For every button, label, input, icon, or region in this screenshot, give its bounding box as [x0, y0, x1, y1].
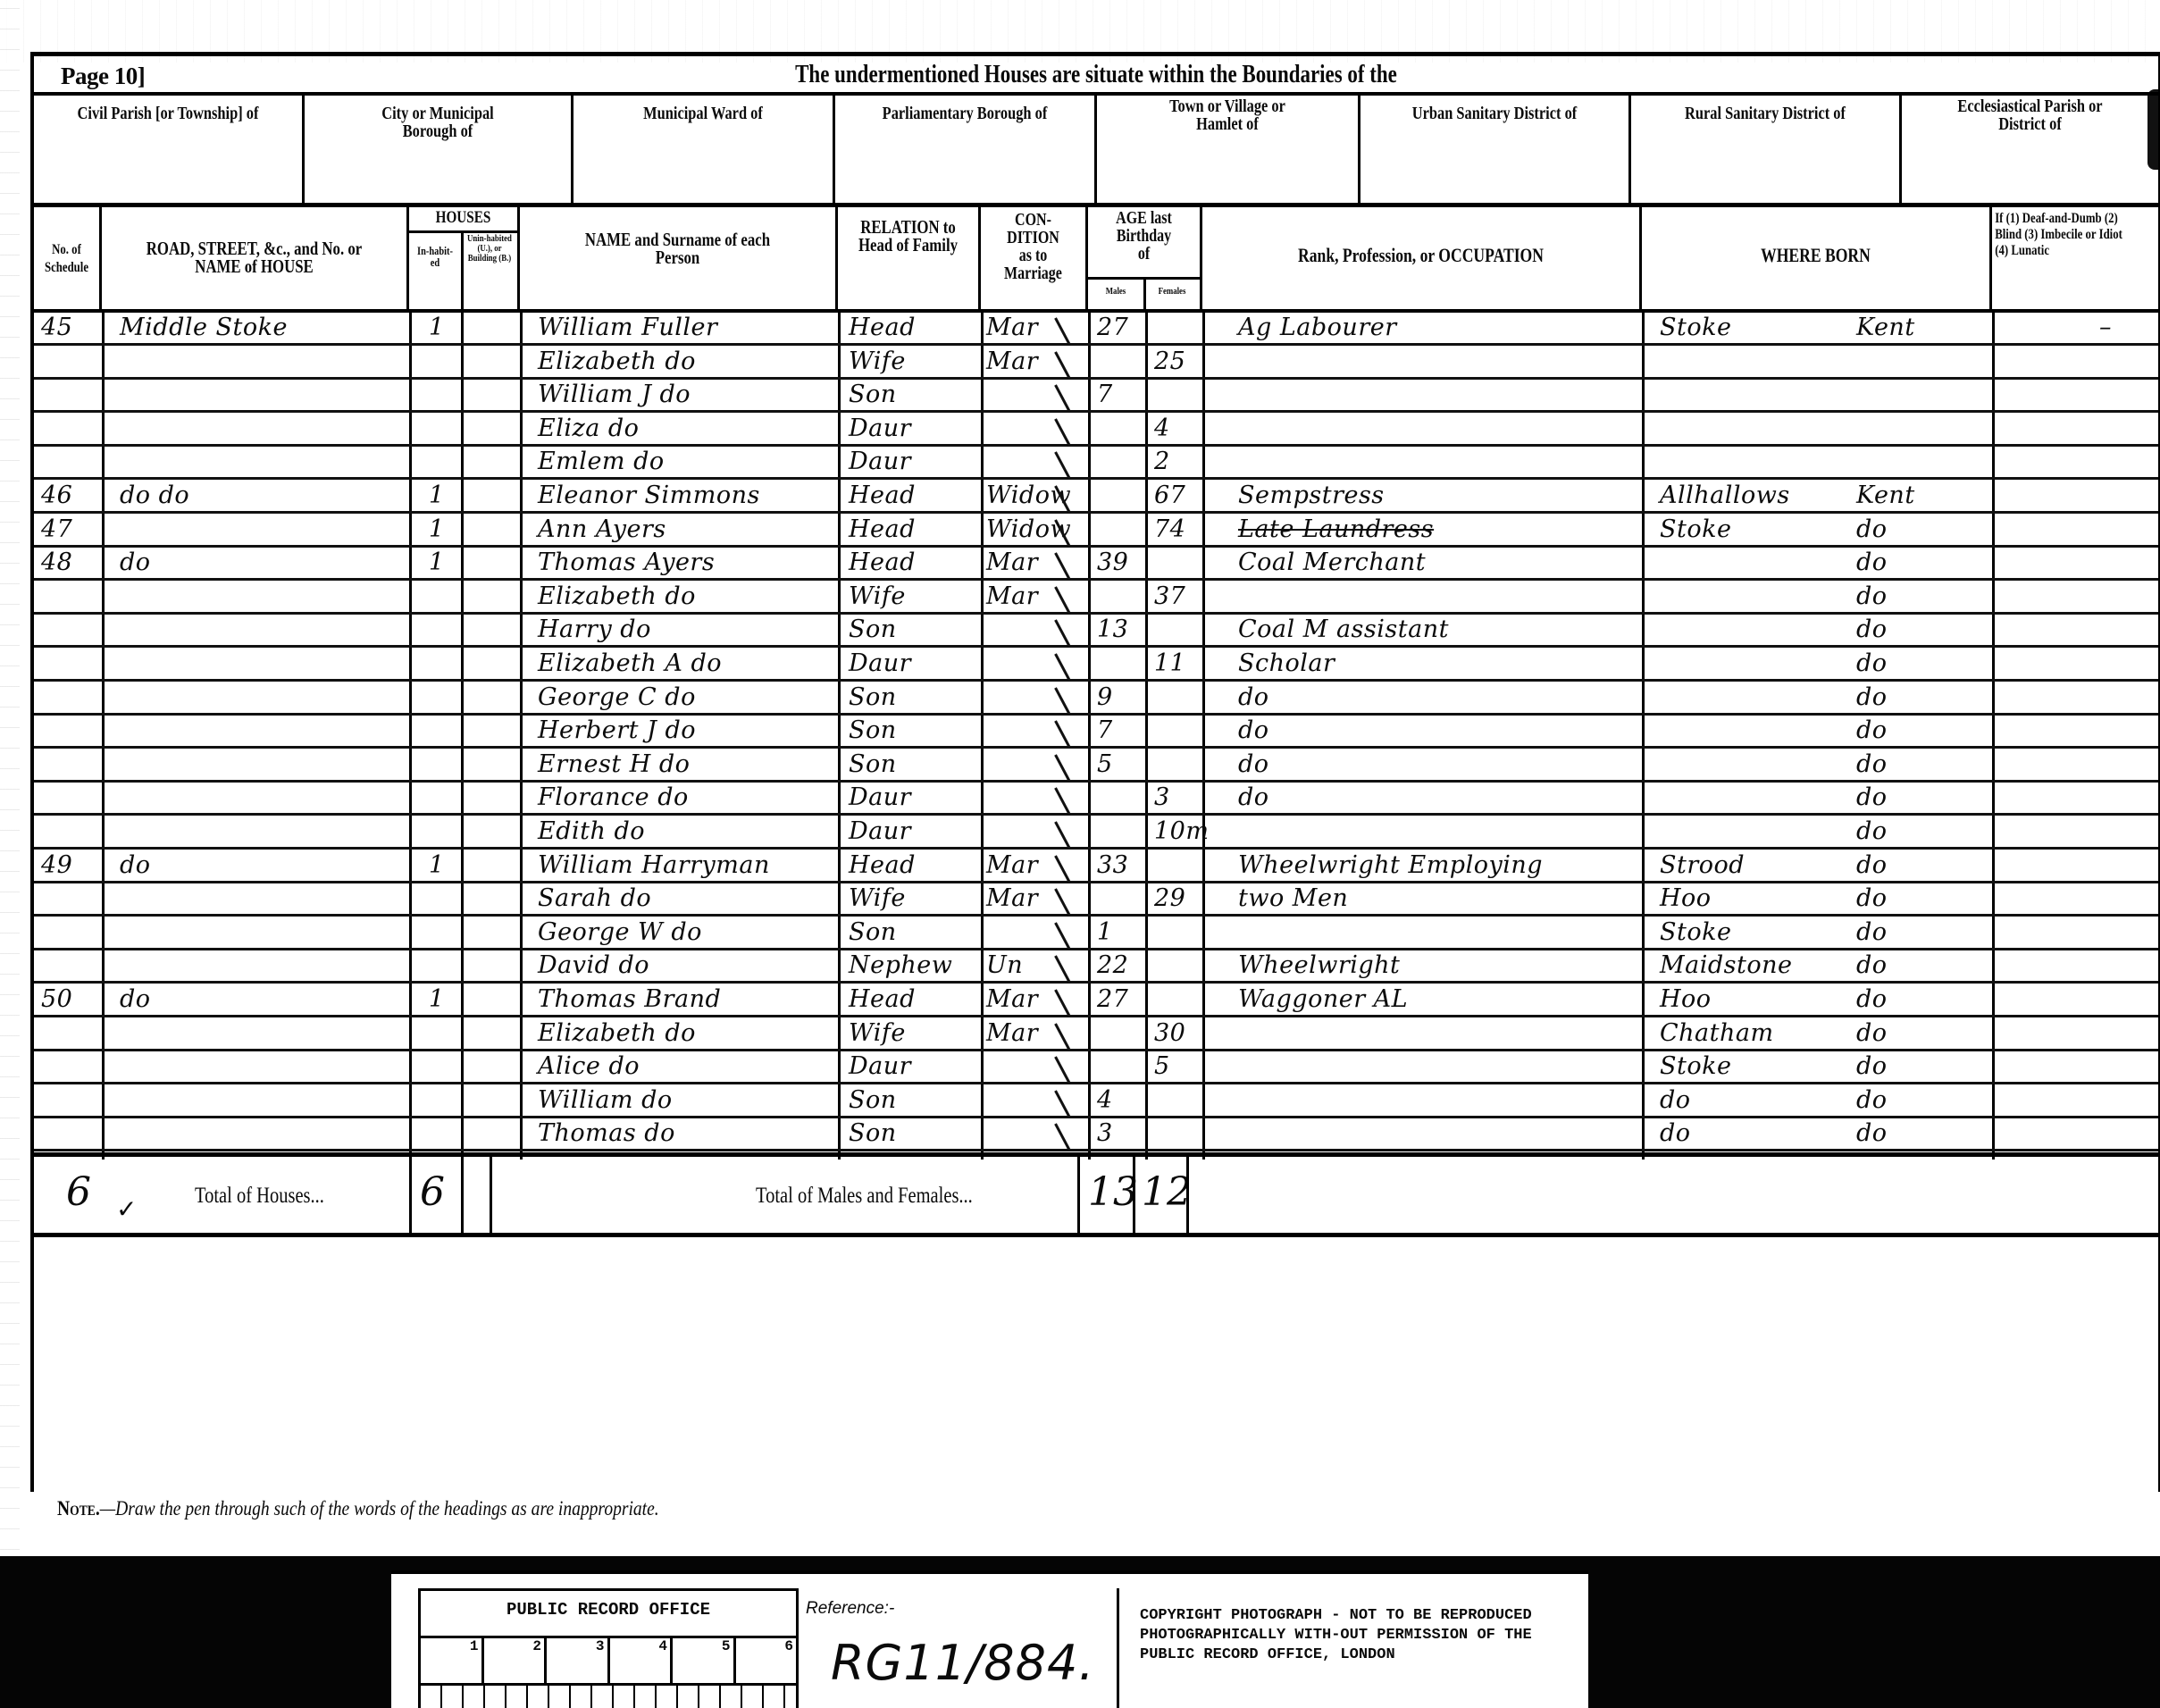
page-number: Page 10]	[61, 63, 145, 90]
table-row: 49do1William HarrymanHeadMar33Wheelwrigh…	[34, 850, 2158, 883]
total-houses-inhabited: 6	[420, 1169, 445, 1215]
scale-label: 2	[484, 1638, 548, 1683]
occupation: Late Laundress	[1238, 516, 1434, 543]
person-name: Ernest H do	[538, 751, 690, 778]
road-name: do do	[120, 482, 189, 509]
birth-county: do	[1856, 549, 1888, 576]
relation: Head	[849, 986, 916, 1013]
census-form: Page 10] The undermentioned Houses are s…	[30, 52, 2160, 1492]
table-row: Florance doDaur3dodo	[34, 783, 2158, 816]
person-name: William J do	[538, 381, 691, 408]
header-road: ROAD, STREET, &c., and No. or NAME of HO…	[102, 205, 409, 309]
birth-county: do	[1856, 986, 1888, 1013]
boundary-municipal-ward: Municipal Ward of	[573, 96, 835, 203]
birth-place: do	[1660, 1087, 1691, 1114]
birth-county: do	[1856, 952, 1888, 979]
table-row: 48do1Thomas AyersHeadMar39Coal Merchantd…	[34, 548, 2158, 581]
female-age: 2	[1154, 448, 1170, 475]
table-row: George C doSon9dodo	[34, 682, 2158, 716]
boundary-urban-sanitary: Urban Sanitary District of	[1360, 96, 1631, 203]
table-row: Edith doDaur10mdo	[34, 816, 2158, 850]
birth-county: do	[1856, 717, 1888, 744]
table-row: Elizabeth A doDaur11Scholardo	[34, 649, 2158, 682]
scale-label: 3	[547, 1638, 610, 1683]
male-age: 39	[1097, 549, 1128, 576]
schedule-number: 47	[41, 516, 72, 543]
boundary-rural-sanitary: Rural Sanitary District of	[1631, 96, 1902, 203]
header-infirmity: If (1) Deaf-and-Dumb (2) Blind (3) Imbec…	[1992, 205, 2158, 309]
scale-ruler: 123456	[421, 1636, 796, 1686]
relation: Head	[849, 314, 916, 341]
scale-label: 4	[610, 1638, 674, 1683]
header-age: AGE last Birthday of Males Females	[1088, 205, 1202, 309]
occupation: Ag Labourer	[1238, 314, 1397, 341]
relation: Head	[849, 516, 916, 543]
header-houses: HOUSES In-habit-ed Unin-habited (U.), or…	[409, 205, 520, 309]
condition: Mar	[986, 583, 1038, 610]
male-age: 5	[1097, 751, 1113, 778]
person-name: Thomas Ayers	[538, 549, 715, 576]
relation: Wife	[849, 583, 906, 610]
male-age: 3	[1097, 1120, 1113, 1147]
female-age: 3	[1154, 784, 1170, 811]
birth-county: do	[1856, 818, 1888, 845]
occupation: Wheelwright	[1238, 952, 1400, 979]
total-males: 13	[1088, 1169, 1138, 1215]
schedule-number: 49	[41, 852, 72, 879]
table-row: Sarah doWifeMar29two MenHoodo	[34, 883, 2158, 917]
birth-place: Hoo	[1660, 986, 1712, 1013]
occupation: two Men	[1238, 885, 1348, 912]
female-age: 67	[1154, 482, 1185, 509]
person-name: Edith do	[538, 818, 645, 845]
scale-ticks	[421, 1684, 796, 1708]
header-schedule: No. of Schedule	[34, 205, 102, 309]
table-row: Harry doSon13Coal M assistantdo	[34, 615, 2158, 648]
totals-row: 6 ✓ Total of Houses... 6 Total of Males …	[34, 1152, 2158, 1237]
birth-county: do	[1856, 616, 1888, 643]
inhabited-count: 1	[429, 482, 445, 509]
table-body: 45Middle Stoke1William FullerHeadMar27Ag…	[34, 313, 2158, 1152]
schedule-number: 48	[41, 549, 72, 576]
scale-label: 1	[421, 1638, 484, 1683]
table-row: Thomas doSon3dodo	[34, 1118, 2158, 1151]
form-top-rule	[34, 52, 2158, 56]
birth-county: do	[1856, 1087, 1888, 1114]
tally-check-icon: ✓	[116, 1194, 137, 1224]
female-age: 74	[1154, 516, 1185, 543]
birth-county: do	[1856, 516, 1888, 543]
female-age: 4	[1154, 415, 1170, 442]
condition: Mar	[986, 549, 1038, 576]
male-age: 33	[1097, 852, 1128, 879]
birth-place: Allhallows	[1660, 482, 1790, 509]
total-persons-label: Total of Males and Females...	[756, 1184, 973, 1209]
table-row: 471Ann AyersHeadWidow74Late LaundressSto…	[34, 515, 2158, 548]
female-age: 11	[1154, 650, 1185, 677]
person-name: Elizabeth A do	[538, 650, 722, 677]
person-name: Harry do	[538, 616, 651, 643]
schedule-number: 45	[41, 314, 72, 341]
occupation: do	[1238, 684, 1269, 711]
schedule-number: 50	[41, 986, 72, 1013]
birth-place: Stoke	[1660, 314, 1731, 341]
person-name: Thomas Brand	[538, 986, 721, 1013]
relation: Daur	[849, 1053, 911, 1080]
table-row: Alice doDaur5Stokedo	[34, 1051, 2158, 1084]
birth-place: Maidstone	[1660, 952, 1793, 979]
header-where-born: WHERE BORN	[1642, 205, 1992, 309]
condition: Mar	[986, 348, 1038, 375]
male-age: 1	[1097, 919, 1113, 946]
birth-county: do	[1856, 885, 1888, 912]
table-row: Elizabeth doWifeMar37do	[34, 582, 2158, 615]
occupation: Scholar	[1238, 650, 1335, 677]
birth-county: do	[1856, 919, 1888, 946]
female-age: 25	[1154, 348, 1185, 375]
female-age: 10m	[1154, 818, 1209, 845]
relation: Nephew	[849, 952, 952, 979]
relation: Wife	[849, 348, 906, 375]
birth-county: do	[1856, 583, 1888, 610]
relation: Wife	[849, 1020, 906, 1047]
birth-place: Strood	[1660, 852, 1745, 879]
inhabited-count: 1	[429, 986, 445, 1013]
table-row: Ernest H doSon5dodo	[34, 749, 2158, 783]
relation: Son	[849, 717, 897, 744]
relation: Head	[849, 852, 916, 879]
total-females: 12	[1142, 1169, 1192, 1215]
total-houses-label: Total of Houses...	[195, 1184, 324, 1209]
form-note: Note.—Draw the pen through such of the w…	[57, 1497, 659, 1520]
occupation: do	[1238, 717, 1269, 744]
infirmity: –	[2099, 314, 2112, 341]
header-condition: CON-DITION as to Marriage	[981, 205, 1088, 309]
male-age: 27	[1097, 314, 1128, 341]
table-row: 45Middle Stoke1William FullerHeadMar27Ag…	[34, 313, 2158, 346]
relation: Son	[849, 616, 897, 643]
record-office-name: PUBLIC RECORD OFFICE	[421, 1600, 796, 1620]
reference-box: Reference:- RG11/884.	[795, 1588, 1119, 1708]
table-row: Eliza doDaur4	[34, 414, 2158, 447]
person-name: William Fuller	[538, 314, 717, 341]
relation: Son	[849, 381, 897, 408]
road-name: Middle Stoke	[120, 314, 288, 341]
boundary-parliamentary-borough: Parliamentary Borough of	[835, 96, 1097, 203]
person-name: Eliza do	[538, 415, 639, 442]
male-age: 22	[1097, 952, 1128, 979]
scan-noise-left	[0, 0, 20, 1572]
condition: Un	[986, 952, 1023, 979]
relation: Head	[849, 482, 916, 509]
birth-county: do	[1856, 1120, 1888, 1147]
female-age: 5	[1154, 1053, 1170, 1080]
boundaries-row: Civil Parish [or Township] of City or Mu…	[34, 92, 2158, 207]
male-age: 9	[1097, 684, 1113, 711]
relation: Daur	[849, 818, 911, 845]
pro-scale-box: PUBLIC RECORD OFFICE 123456	[418, 1588, 799, 1708]
male-age: 27	[1097, 986, 1128, 1013]
birth-county: Kent	[1856, 482, 1915, 509]
inhabited-count: 1	[429, 314, 445, 341]
relation: Daur	[849, 448, 911, 475]
birth-county: Kent	[1856, 314, 1915, 341]
boundary-ecclesiastical-parish: Ecclesiastical Parish or District of	[1902, 96, 2158, 203]
relation: Wife	[849, 885, 906, 912]
inhabited-count: 1	[429, 549, 445, 576]
person-name: Eleanor Simmons	[538, 482, 760, 509]
road-name: do	[120, 852, 151, 879]
table-row: Elizabeth doWifeMar30Chathamdo	[34, 1018, 2158, 1051]
male-age: 13	[1097, 616, 1128, 643]
person-name: Sarah do	[538, 885, 651, 912]
inhabited-count: 1	[429, 516, 445, 543]
occupation: Sempstress	[1238, 482, 1385, 509]
table-row: Emlem doDaur2	[34, 447, 2158, 480]
birth-county: do	[1856, 852, 1888, 879]
person-name: Ann Ayers	[538, 516, 666, 543]
total-schedules: 6	[66, 1169, 91, 1215]
birth-county: do	[1856, 650, 1888, 677]
condition: Mar	[986, 986, 1038, 1013]
condition: Mar	[986, 852, 1038, 879]
birth-county: do	[1856, 684, 1888, 711]
inhabited-count: 1	[429, 852, 445, 879]
table-row: Elizabeth doWifeMar25	[34, 347, 2158, 380]
person-name: William Harryman	[538, 852, 770, 879]
table-row: 46do do1Eleanor SimmonsHeadWidow67Sempst…	[34, 481, 2158, 514]
boundary-town-village: Town or Village or Hamlet of	[1097, 96, 1360, 203]
female-age: 37	[1154, 583, 1185, 610]
male-age: 7	[1097, 717, 1113, 744]
condition: Mar	[986, 885, 1038, 912]
table-row: William doSon4dodo	[34, 1085, 2158, 1118]
birth-county: do	[1856, 1053, 1888, 1080]
person-name: Emlem do	[538, 448, 665, 475]
occupation: Waggoner AL	[1238, 986, 1408, 1013]
occupation: Coal M assistant	[1238, 616, 1449, 643]
relation: Daur	[849, 784, 911, 811]
table-header: No. of Schedule ROAD, STREET, &c., and N…	[34, 205, 2158, 313]
person-name: Florance do	[538, 784, 689, 811]
boundary-municipal-borough: City or Municipal Borough of	[305, 96, 573, 203]
condition: Mar	[986, 314, 1038, 341]
female-age: 29	[1154, 885, 1185, 912]
relation: Son	[849, 919, 897, 946]
occupation: do	[1238, 751, 1269, 778]
person-name: Elizabeth do	[538, 348, 696, 375]
occupation: Wheelwright Employing	[1238, 852, 1543, 879]
table-row: David doNephewUn22WheelwrightMaidstonedo	[34, 950, 2158, 984]
occupation: do	[1238, 784, 1269, 811]
person-name: Alice do	[538, 1053, 640, 1080]
birth-place: Chatham	[1660, 1020, 1774, 1047]
person-name: Herbert J do	[538, 717, 696, 744]
birth-place: Stoke	[1660, 919, 1731, 946]
birth-place: Stoke	[1660, 516, 1731, 543]
road-name: do	[120, 986, 151, 1013]
table-row: Herbert J doSon7dodo	[34, 716, 2158, 749]
header-relation: RELATION to Head of Family	[838, 205, 981, 309]
copyright-notice: COPYRIGHT PHOTOGRAPH - NOT TO BE REPRODU…	[1140, 1606, 1569, 1665]
male-age: 4	[1097, 1087, 1113, 1114]
relation: Son	[849, 684, 897, 711]
person-name: William do	[538, 1087, 673, 1114]
relation: Son	[849, 751, 897, 778]
person-name: Thomas do	[538, 1120, 675, 1147]
birth-place: do	[1660, 1120, 1691, 1147]
header-occupation: Rank, Profession, or OCCUPATION	[1202, 205, 1642, 309]
birth-county: do	[1856, 1020, 1888, 1047]
record-office-stamp: PUBLIC RECORD OFFICE 123456 Reference:- …	[391, 1570, 1588, 1708]
birth-place: Hoo	[1660, 885, 1712, 912]
census-table: No. of Schedule ROAD, STREET, &c., and N…	[34, 205, 2158, 1152]
condition: Mar	[986, 1020, 1038, 1047]
occupation: Coal Merchant	[1238, 549, 1426, 576]
birth-place: Stoke	[1660, 1053, 1731, 1080]
person-name: David do	[538, 952, 649, 979]
relation: Daur	[849, 650, 911, 677]
birth-county: do	[1856, 784, 1888, 811]
relation: Son	[849, 1087, 897, 1114]
road-name: do	[120, 549, 151, 576]
form-title: The undermentioned Houses are situate wi…	[225, 61, 1967, 89]
header-name: NAME and Surname of each Person	[520, 205, 838, 309]
boundary-civil-parish: Civil Parish [or Township] of	[34, 96, 305, 203]
person-name: Elizabeth do	[538, 1020, 696, 1047]
female-age: 30	[1154, 1020, 1185, 1047]
table-row: William J doSon7	[34, 380, 2158, 413]
birth-county: do	[1856, 751, 1888, 778]
scale-label: 6	[736, 1638, 797, 1683]
relation: Daur	[849, 415, 911, 442]
person-name: George W do	[538, 919, 702, 946]
reference-number: RG11/884.	[831, 1635, 1095, 1691]
relation: Head	[849, 549, 916, 576]
relation: Son	[849, 1120, 897, 1147]
person-name: Elizabeth do	[538, 583, 696, 610]
male-age: 7	[1097, 381, 1113, 408]
table-row: George W doSon1Stokedo	[34, 917, 2158, 950]
table-row: 50do1Thomas BrandHeadMar27Waggoner ALHoo…	[34, 984, 2158, 1017]
person-name: George C do	[538, 684, 696, 711]
scale-label: 5	[673, 1638, 736, 1683]
schedule-number: 46	[41, 482, 72, 509]
